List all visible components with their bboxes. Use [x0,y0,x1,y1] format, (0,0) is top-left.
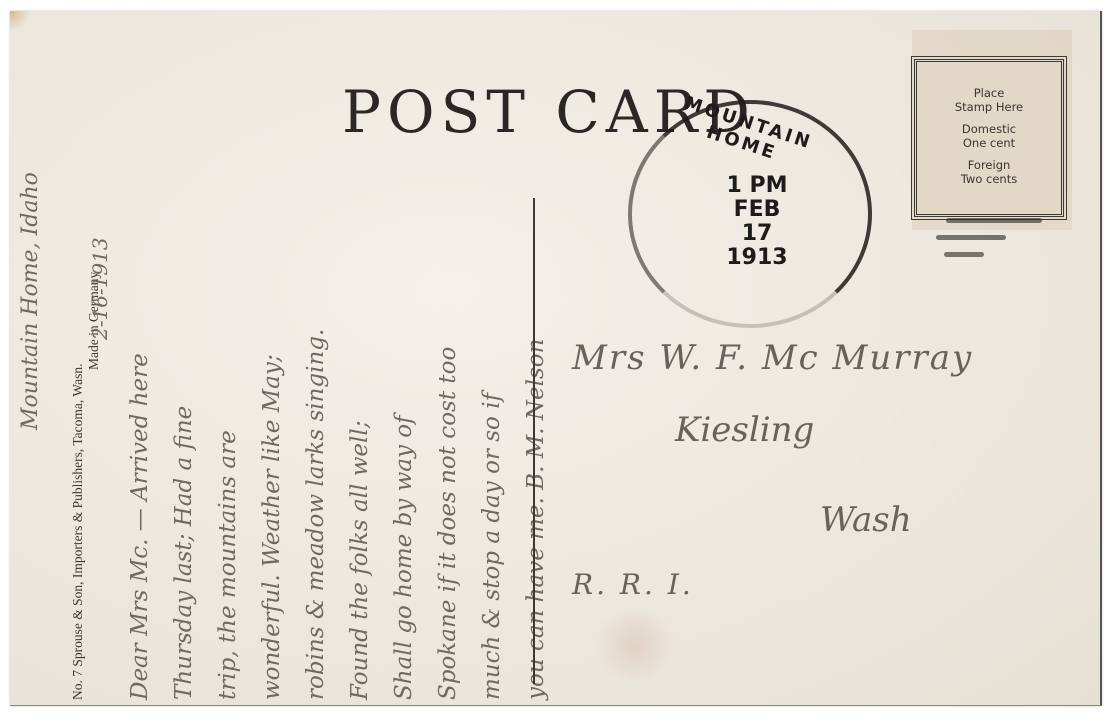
stamp-text: Foreign [917,158,1061,172]
message-line: you can have me. B. M. Nelson [514,40,558,700]
corner-stain [10,11,30,29]
stamp-text: Two cents [917,172,1061,186]
divider-line [533,198,535,684]
address-route: R. R. I. [572,568,694,601]
stamp-text: Domestic [917,122,1061,136]
message-line: trip, the mountains are [206,40,250,700]
stamp-text: Place [917,86,1061,100]
message-line: wonderful. Weather like May; [250,40,294,700]
postmark-year: 1913 [702,246,812,270]
message-line: Spokane if it does not cost too [426,40,470,700]
stamp-text: One cent [917,136,1061,150]
message-line: robins & meadow larks singing. [294,40,338,700]
address-state: Wash [820,500,912,540]
message-line: Dear Mrs Mc. — Arrived here [118,40,162,700]
address-name: Mrs W. F. Mc Murray [572,338,973,378]
address-city: Kiesling [675,410,814,450]
publisher-line-1: No. 7 Sprouse & Son, Importers & Publish… [70,364,85,700]
postmark-date: 1 PM FEB 17 1913 [702,174,812,270]
message-line: Thursday last; Had a fine [162,40,206,700]
message-line: Found the folks all well; [338,40,382,700]
postmark-day: 17 [702,222,812,246]
cancellation-bars [936,218,1042,269]
message-line: much & stop a day or so if [470,40,514,700]
postmark-time: 1 PM [702,174,812,198]
message-place: Mountain Home, Idaho [18,172,43,430]
stain [590,610,680,680]
postmark-month: FEB [702,198,812,222]
handwritten-message: Dear Mrs Mc. — Arrived here Thursday las… [118,40,558,700]
message-date: 2-16-1913 [88,237,112,340]
message-line: Shall go home by way of [382,40,426,700]
stamp-text: Stamp Here [917,100,1061,114]
stamp-box: Place Stamp Here Domestic One cent Forei… [914,59,1064,217]
